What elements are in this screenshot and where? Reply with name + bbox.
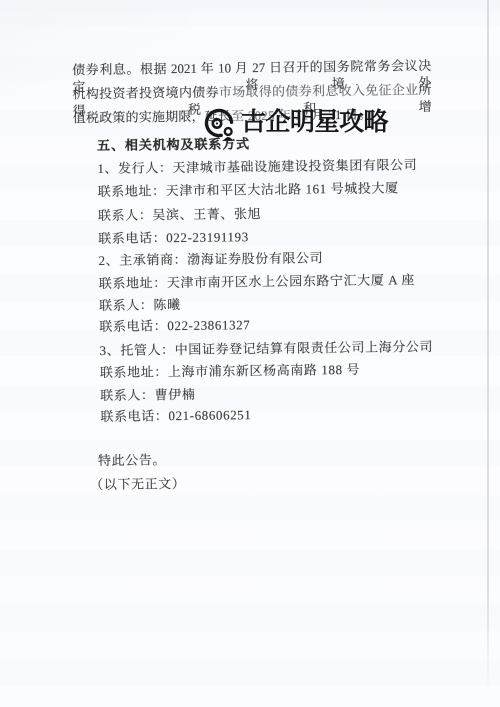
- contact-address-line: 联系地址：天津市南开区水上公园东路宁汇大厦 A 座: [99, 271, 415, 292]
- no-body-text-note: （以下无正文）: [90, 475, 185, 493]
- scanned-document-page: 债券利息。根据 2021 年 10 月 27 日召开的国务院常务会议决定，将境外…: [0, 0, 500, 707]
- contact-person-line: 联系人：曹伊楠: [100, 386, 195, 404]
- closing-statement: 特此公告。: [98, 451, 166, 469]
- contact-role-line: 1、发行人：天津城市基础设施建设投资集团有限公司: [97, 156, 417, 177]
- contact-person-line: 联系人：吴滨、王菁、张旭: [98, 205, 261, 224]
- watermark-text: 古企明星攻略: [241, 108, 388, 136]
- watermark: 古企明星攻略: [203, 100, 388, 143]
- contact-address-line: 联系地址：天津市和平区大沽北路 161 号城投大厦: [98, 179, 399, 200]
- contact-phone-line: 联系电话：021-68606251: [100, 406, 251, 425]
- camera-circle-logo-icon: [203, 106, 237, 143]
- contact-phone-line: 联系电话：022-23191193: [98, 228, 249, 247]
- contact-phone-line: 联系电话：022-23861327: [99, 316, 250, 335]
- contact-role-line: 3、托管人：中国证券登记结算有限责任公司上海分公司: [100, 338, 434, 359]
- contact-person-line: 联系人：陈曦: [99, 296, 181, 314]
- contact-address-line: 联系地址：上海市浦东新区杨高南路 188 号: [100, 361, 360, 381]
- contact-role-line: 2、主承销商：渤海证券股份有限公司: [98, 249, 323, 269]
